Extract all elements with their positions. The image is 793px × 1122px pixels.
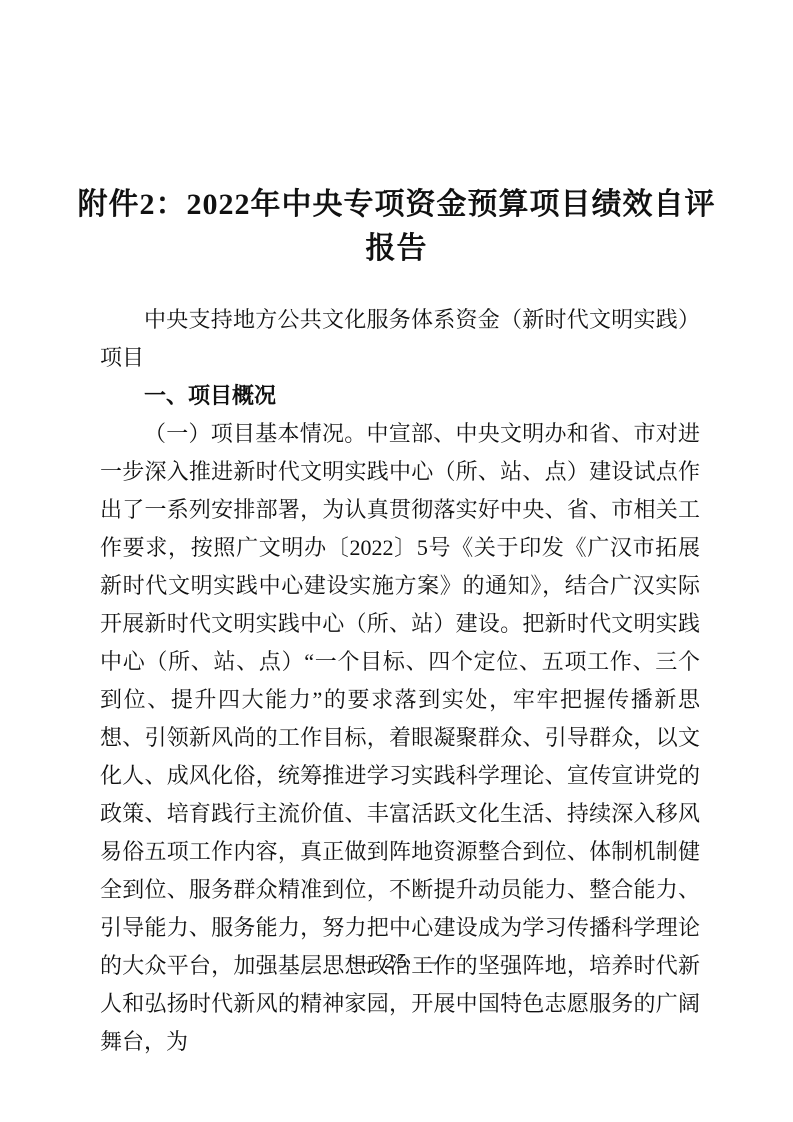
page-number: — 25 — [0, 946, 793, 976]
section-heading: 一、项目概况 [100, 377, 700, 415]
project-name-line: 中央支持地方公共文化服务体系资金（新时代文明实践）项目 [100, 301, 700, 377]
document-page: 附件2：2022年中央专项资金预算项目绩效自评 报告 中央支持地方公共文化服务体… [0, 0, 793, 1122]
document-title: 附件2：2022年中央专项资金预算项目绩效自评 报告 [0, 0, 793, 271]
document-body: 中央支持地方公共文化服务体系资金（新时代文明实践）项目 一、项目概况 （一）项目… [0, 271, 793, 1061]
